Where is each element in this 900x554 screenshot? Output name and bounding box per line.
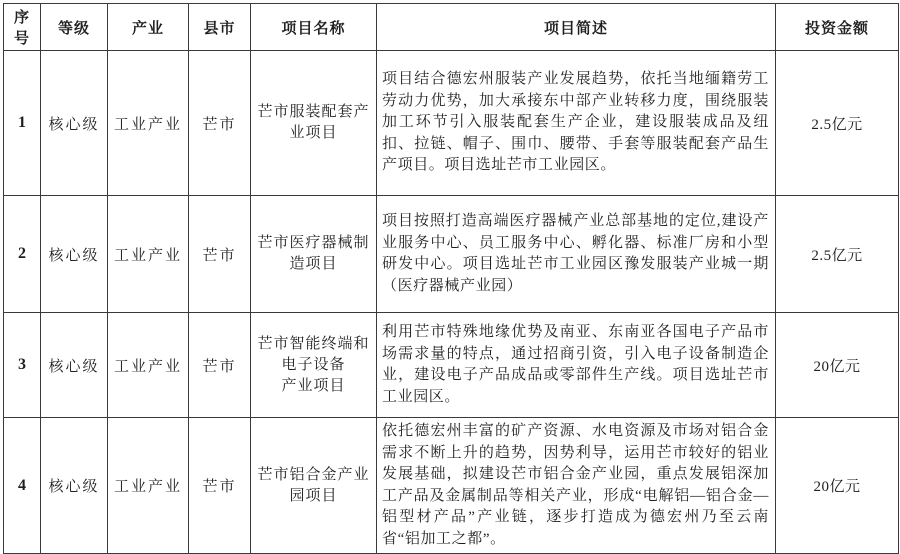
project-table: 序号 等级 产业 县市 项目名称 项目简述 投资金额 1 核心级 工业产业 芒市…	[3, 3, 899, 530]
table-row: 1 核心级 工业产业 芒市 芒市服装配套产 业项目 项目结合德宏州服装产业发展趋…	[4, 51, 899, 196]
cell-county: 芒市	[189, 51, 251, 196]
cell-project-name: 芒市医疗器械制 造项目	[251, 196, 377, 313]
table-header-row: 序号 等级 产业 县市 项目名称 项目简述 投资金额	[4, 4, 899, 51]
cell-serial: 1	[4, 51, 41, 196]
cell-industry: 工业产业	[108, 418, 189, 531]
col-header-industry: 产业	[108, 4, 189, 51]
cell-project-desc: 项目按照打造高端医疗器械产业总部基地的定位,建设产业服务中心、员工服务中心、孵化…	[377, 196, 776, 313]
cell-investment: 2.5亿元	[776, 51, 899, 196]
cell-industry: 工业产业	[108, 313, 189, 418]
cell-project-name: 芒市智能终端和 电子设备 产业项目	[251, 313, 377, 418]
cell-industry: 工业产业	[108, 51, 189, 196]
cell-county: 芒市	[189, 313, 251, 418]
table-row: 4 核心级 工业产业 芒市 芒市铝合金产业 园项目 依托德宏州丰富的矿产资源、水…	[4, 418, 899, 531]
cell-project-desc: 项目结合德宏州服装产业发展趋势，依托当地缅籍劳工劳动力优势，加大承接东中部产业转…	[377, 51, 776, 196]
cell-investment: 20亿元	[776, 313, 899, 418]
table-row: 3 核心级 工业产业 芒市 芒市智能终端和 电子设备 产业项目 利用芒市特殊地缘…	[4, 313, 899, 418]
cell-serial: 2	[4, 196, 41, 313]
cell-level: 核心级	[41, 51, 108, 196]
cell-county: 芒市	[189, 418, 251, 531]
document-page: 序号 等级 产业 县市 项目名称 项目简述 投资金额 1 核心级 工业产业 芒市…	[0, 0, 900, 530]
col-header-investment: 投资金额	[776, 4, 899, 51]
col-header-county: 县市	[189, 4, 251, 51]
cell-project-desc: 依托德宏州丰富的矿产资源、水电资源及市场对铝合金需求不断上升的趋势，因势利导，运…	[377, 418, 776, 531]
cell-project-name: 芒市服装配套产 业项目	[251, 51, 377, 196]
col-header-project-desc: 项目简述	[377, 4, 776, 51]
cell-serial: 3	[4, 313, 41, 418]
cell-project-desc: 利用芒市特殊地缘优势及南亚、东南亚各国电子产品市场需求量的特点，通过招商引资，引…	[377, 313, 776, 418]
cell-level: 核心级	[41, 313, 108, 418]
cell-investment: 20亿元	[776, 418, 899, 531]
cell-level: 核心级	[41, 196, 108, 313]
cell-project-name: 芒市铝合金产业 园项目	[251, 418, 377, 531]
cell-industry: 工业产业	[108, 196, 189, 313]
col-header-project-name: 项目名称	[251, 4, 377, 51]
cell-serial: 4	[4, 418, 41, 531]
col-header-serial: 序号	[4, 4, 41, 51]
table-row: 2 核心级 工业产业 芒市 芒市医疗器械制 造项目 项目按照打造高端医疗器械产业…	[4, 196, 899, 313]
cell-investment: 2.5亿元	[776, 196, 899, 313]
col-header-level: 等级	[41, 4, 108, 51]
cell-level: 核心级	[41, 418, 108, 531]
cell-county: 芒市	[189, 196, 251, 313]
